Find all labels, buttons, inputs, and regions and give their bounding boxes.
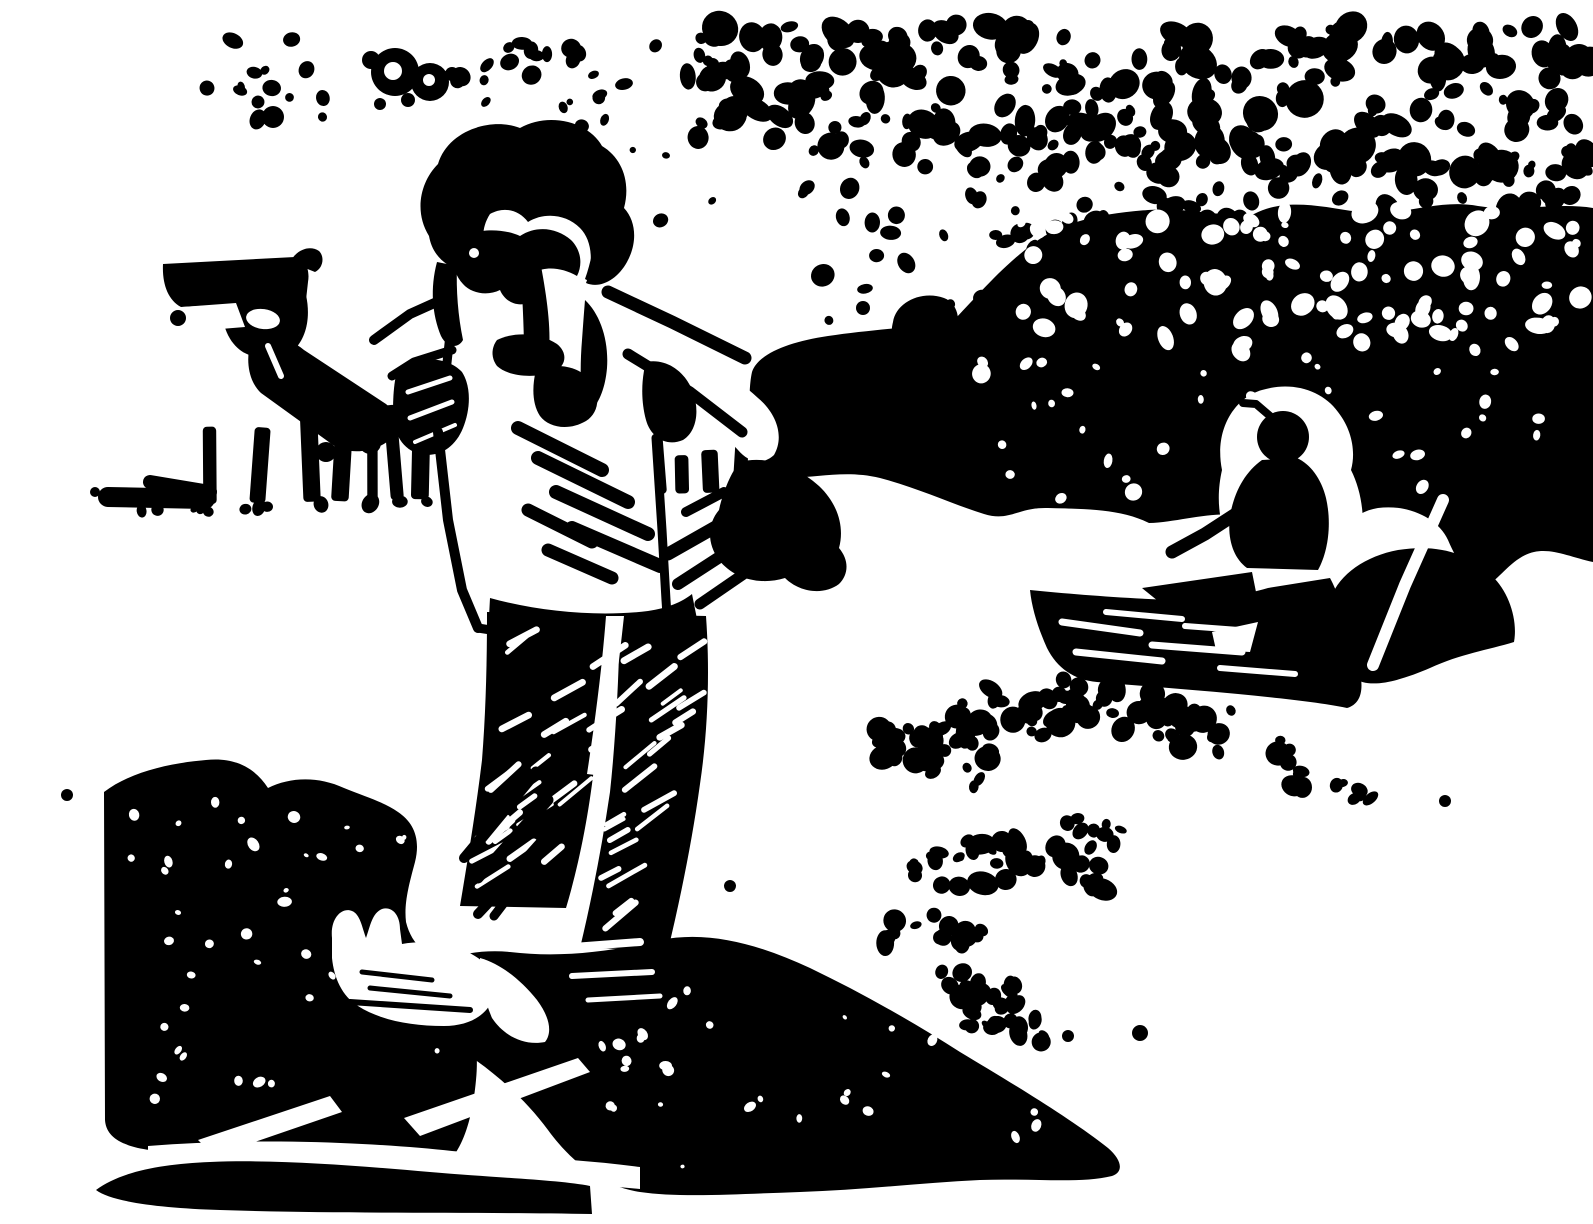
illustration-canvas: High-contrast black and white woodcut st… [0, 0, 1593, 1224]
woodcut-illustration: High-contrast black and white woodcut st… [0, 0, 1593, 1224]
fence-log-left [108, 497, 205, 499]
canopy-dot-big [262, 106, 284, 128]
man-eye-glint [469, 248, 479, 258]
rower-head [1257, 411, 1309, 463]
fence-lump-left [150, 482, 210, 492]
shoe-right-streak-2 [572, 972, 652, 976]
